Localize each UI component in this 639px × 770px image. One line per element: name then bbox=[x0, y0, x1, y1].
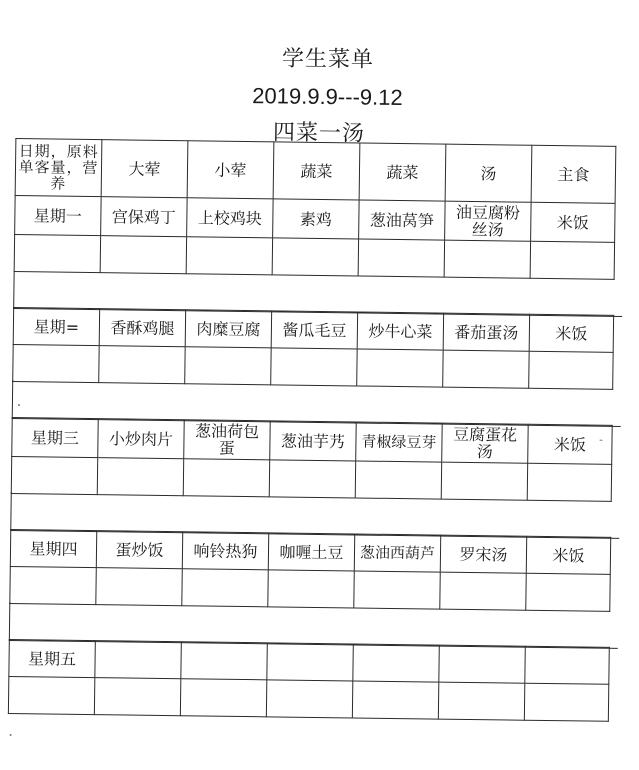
scan-speck bbox=[18, 404, 20, 406]
dish-cell: 葱油西葫芦 bbox=[354, 534, 440, 572]
dish-cell bbox=[181, 642, 267, 680]
dish-cell: 葱油芋艿 bbox=[270, 421, 357, 461]
detail-cell bbox=[186, 237, 272, 275]
detail-cell bbox=[443, 350, 529, 388]
header-row: 日期，原料单客量，营养 大荤 小荤 蔬菜 蔬菜 汤 主食 bbox=[15, 138, 616, 203]
header-vegetable-2: 蔬菜 bbox=[359, 143, 446, 201]
dish-cell bbox=[525, 646, 609, 684]
detail-cell bbox=[444, 240, 530, 278]
detail-cell bbox=[272, 238, 358, 276]
detail-cell bbox=[269, 460, 355, 498]
detail-cell bbox=[100, 236, 186, 274]
dish-cell: 肉糜豆腐 bbox=[185, 310, 271, 348]
dish-cell bbox=[95, 641, 181, 679]
day-label-friday: 星期五 bbox=[9, 639, 95, 677]
detail-cell bbox=[524, 683, 608, 721]
dish-cell: 上校鸡块 bbox=[187, 198, 274, 238]
header-vegetable-1: 蔬菜 bbox=[273, 142, 360, 200]
detail-cell bbox=[94, 678, 180, 716]
dish-cell: 香酥鸡腿 bbox=[99, 309, 185, 347]
detail-cell bbox=[530, 241, 614, 279]
detail-cell bbox=[14, 234, 100, 272]
dish-cell bbox=[267, 643, 353, 681]
dish-cell: 宫保鸡丁 bbox=[101, 197, 188, 237]
detail-cell bbox=[440, 572, 526, 610]
dish-cell: 米饭 bbox=[529, 314, 613, 352]
detail-cell bbox=[271, 348, 357, 386]
detail-cell bbox=[355, 461, 441, 499]
scanned-menu-page: 学生菜单 2019.9.9---9.12 四菜一汤 日期，原料单客量，营养 大荤… bbox=[0, 0, 639, 770]
detail-cell bbox=[13, 344, 99, 382]
menu-date-range: 2019.9.9---9.12 bbox=[8, 80, 639, 114]
dish-cell bbox=[439, 645, 525, 683]
detail-cell bbox=[438, 682, 524, 720]
dish-cell: 番茄蛋汤 bbox=[443, 313, 529, 351]
dish-cell: 酱瓜毛豆 bbox=[271, 311, 357, 349]
day-label-tuesday: 星期= bbox=[13, 307, 99, 345]
dish-cell bbox=[353, 644, 439, 682]
detail-cell bbox=[180, 679, 266, 717]
dish-cell: 素鸡 bbox=[273, 199, 360, 239]
detail-cell bbox=[266, 680, 352, 718]
day-label-monday: 星期一 bbox=[15, 195, 102, 235]
detail-cell bbox=[357, 349, 443, 387]
detail-cell bbox=[97, 458, 183, 496]
detail-cell bbox=[96, 568, 182, 606]
detail-cell bbox=[182, 569, 268, 607]
detail-cell bbox=[11, 456, 97, 494]
detail-cell bbox=[268, 570, 354, 608]
detail-cell bbox=[352, 681, 438, 719]
friday-detail-row bbox=[8, 676, 608, 721]
dish-cell: 蛋炒饭 bbox=[96, 531, 182, 569]
menu-table-header-monday: 日期，原料单客量，营养 大荤 小荤 蔬菜 蔬菜 汤 主食 星期一 宫保鸡丁 上校… bbox=[14, 138, 617, 280]
header-soup: 汤 bbox=[445, 144, 532, 202]
detail-cell bbox=[441, 462, 527, 500]
day-label-wednesday: 星期三 bbox=[12, 417, 99, 457]
detail-cell bbox=[354, 571, 440, 609]
dish-cell: 罗宋汤 bbox=[440, 535, 526, 573]
detail-cell bbox=[527, 463, 611, 501]
scan-speck bbox=[599, 440, 602, 441]
header-date-ingredients-nutrition: 日期，原料单客量，营养 bbox=[15, 138, 102, 196]
dish-cell: 小炒肉片 bbox=[98, 419, 185, 459]
dish-cell: 米饭 bbox=[526, 536, 610, 574]
menu-table-thursday: 星期四 蛋炒饭 响铃热狗 咖喱土豆 葱油西葫芦 罗宋汤 米饭 bbox=[9, 529, 611, 612]
menu-table-tuesday: 星期= 香酥鸡腿 肉糜豆腐 酱瓜毛豆 炒牛心菜 番茄蛋汤 米饭 bbox=[12, 307, 614, 390]
detail-cell bbox=[99, 346, 185, 384]
dish-cell: 葱油荷包蛋 bbox=[184, 420, 271, 460]
detail-cell bbox=[10, 566, 96, 604]
dish-cell: 葱油莴笋 bbox=[359, 200, 446, 240]
dish-cell: 青椒绿豆芽 bbox=[356, 422, 443, 462]
dish-cell: 米饭 bbox=[528, 424, 613, 464]
menu-table-wednesday: 星期三 小炒肉片 葱油荷包蛋 葱油芋艿 青椒绿豆芽 豆腐蛋花汤 米饭 bbox=[11, 417, 613, 502]
detail-cell bbox=[529, 351, 613, 389]
dish-cell: 响铃热狗 bbox=[182, 532, 268, 570]
scan-speck bbox=[10, 734, 12, 736]
header-big-meat: 大荤 bbox=[101, 140, 188, 198]
menu-title: 学生菜单 bbox=[8, 38, 639, 77]
dish-cell: 咖喱土豆 bbox=[268, 533, 354, 571]
detail-cell bbox=[185, 347, 271, 385]
day-label-thursday: 星期四 bbox=[10, 529, 96, 567]
detail-cell bbox=[526, 573, 610, 611]
header-small-meat: 小荤 bbox=[187, 141, 274, 199]
detail-cell bbox=[358, 239, 444, 277]
detail-cell bbox=[8, 676, 94, 714]
detail-cell bbox=[183, 459, 269, 497]
header-staple: 主食 bbox=[531, 145, 616, 203]
dish-cell: 豆腐蛋花汤 bbox=[442, 423, 529, 463]
dish-cell: 炒牛心菜 bbox=[357, 312, 443, 350]
dish-cell: 米饭 bbox=[531, 202, 616, 242]
dish-cell: 油豆腐粉丝汤 bbox=[445, 201, 532, 241]
menu-table-friday: 星期五 bbox=[8, 639, 610, 722]
